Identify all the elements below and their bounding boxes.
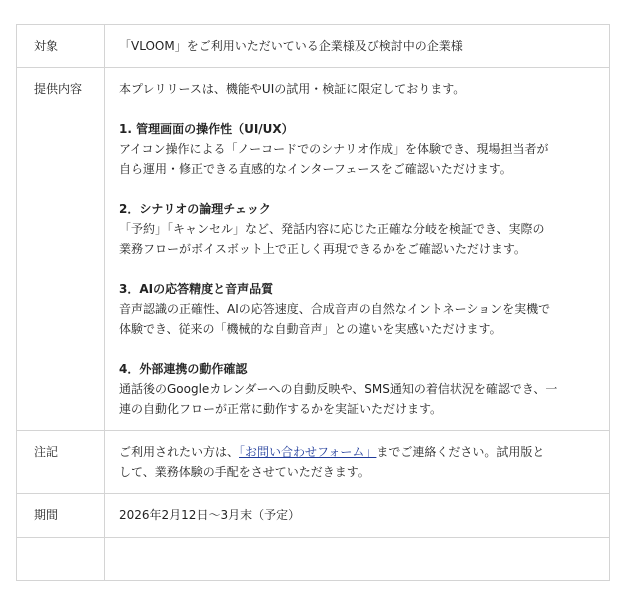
section-line: 体験でき、従来の「機械的な自動音声」との違いを実感いただけます。 — [119, 319, 597, 339]
intro-text: 本プレリリースは、機能やUIの試用・検証に限定しております。 — [119, 79, 597, 99]
note-text: までご連絡ください。試用版と — [376, 445, 544, 459]
table-row-note: 注記 ご利用されたい方は、「お問い合わせフォーム」までご連絡ください。試用版と … — [17, 431, 610, 494]
section-heading: 4．外部連携の動作確認 — [119, 359, 597, 379]
section-line: 通話後のGoogleカレンダーへの自動反映や、SMS通知の着信状況を確認でき、一 — [119, 379, 597, 399]
contact-form-link[interactable]: 「お問い合わせフォーム」 — [239, 445, 376, 459]
row-value: 「VLOOM」をご利用いただいている企業様及び検討中の企業様 — [105, 25, 610, 68]
section-line: 業務フローがボイスボット上で正しく再現できるかをご確認いただけます。 — [119, 239, 597, 259]
note-line: して、業務体験の手配をさせていただきます。 — [119, 462, 597, 482]
note-text: ご利用されたい方は、 — [119, 445, 239, 459]
row-value: 2026年2月12日〜3月末（予定） — [105, 494, 610, 538]
note-line: ご利用されたい方は、「お問い合わせフォーム」までご連絡ください。試用版と — [119, 442, 597, 462]
table-row-content: 提供内容 本プレリリースは、機能やUIの試用・検証に限定しております。 1. 管… — [17, 68, 610, 431]
section-line: 音声認識の正確性、AIの応答速度、合成音声の自然なイントネーションを実機で — [119, 299, 597, 319]
info-table: 対象 「VLOOM」をご利用いただいている企業様及び検討中の企業様 提供内容 本… — [16, 24, 610, 581]
section-heading: 1. 管理画面の操作性（UI/UX） — [119, 119, 597, 139]
row-label: 期間 — [17, 494, 105, 538]
row-label — [17, 538, 105, 581]
row-value — [105, 538, 610, 581]
row-label: 注記 — [17, 431, 105, 494]
section-line: アイコン操作による「ノーコードでのシナリオ作成」を体験でき、現場担当者が — [119, 139, 597, 159]
table-row-empty — [17, 538, 610, 581]
row-value: 本プレリリースは、機能やUIの試用・検証に限定しております。 1. 管理画面の操… — [105, 68, 610, 431]
section-heading: 2．シナリオの論理チェック — [119, 199, 597, 219]
row-label: 対象 — [17, 25, 105, 68]
section-line: 連の自動化フローが正常に動作するかを実証いただけます。 — [119, 399, 597, 419]
section-heading: 3．AIの応答精度と音声品質 — [119, 279, 597, 299]
table-row-period: 期間 2026年2月12日〜3月末（予定） — [17, 494, 610, 538]
section-line: 「予約」「キャンセル」など、発話内容に応じた正確な分岐を検証でき、実際の — [119, 219, 597, 239]
section-line: 自ら運用・修正できる直感的なインターフェースをご確認いただけます。 — [119, 159, 597, 179]
row-value: ご利用されたい方は、「お問い合わせフォーム」までご連絡ください。試用版と して、… — [105, 431, 610, 494]
row-label: 提供内容 — [17, 68, 105, 431]
table-row-target: 対象 「VLOOM」をご利用いただいている企業様及び検討中の企業様 — [17, 25, 610, 68]
